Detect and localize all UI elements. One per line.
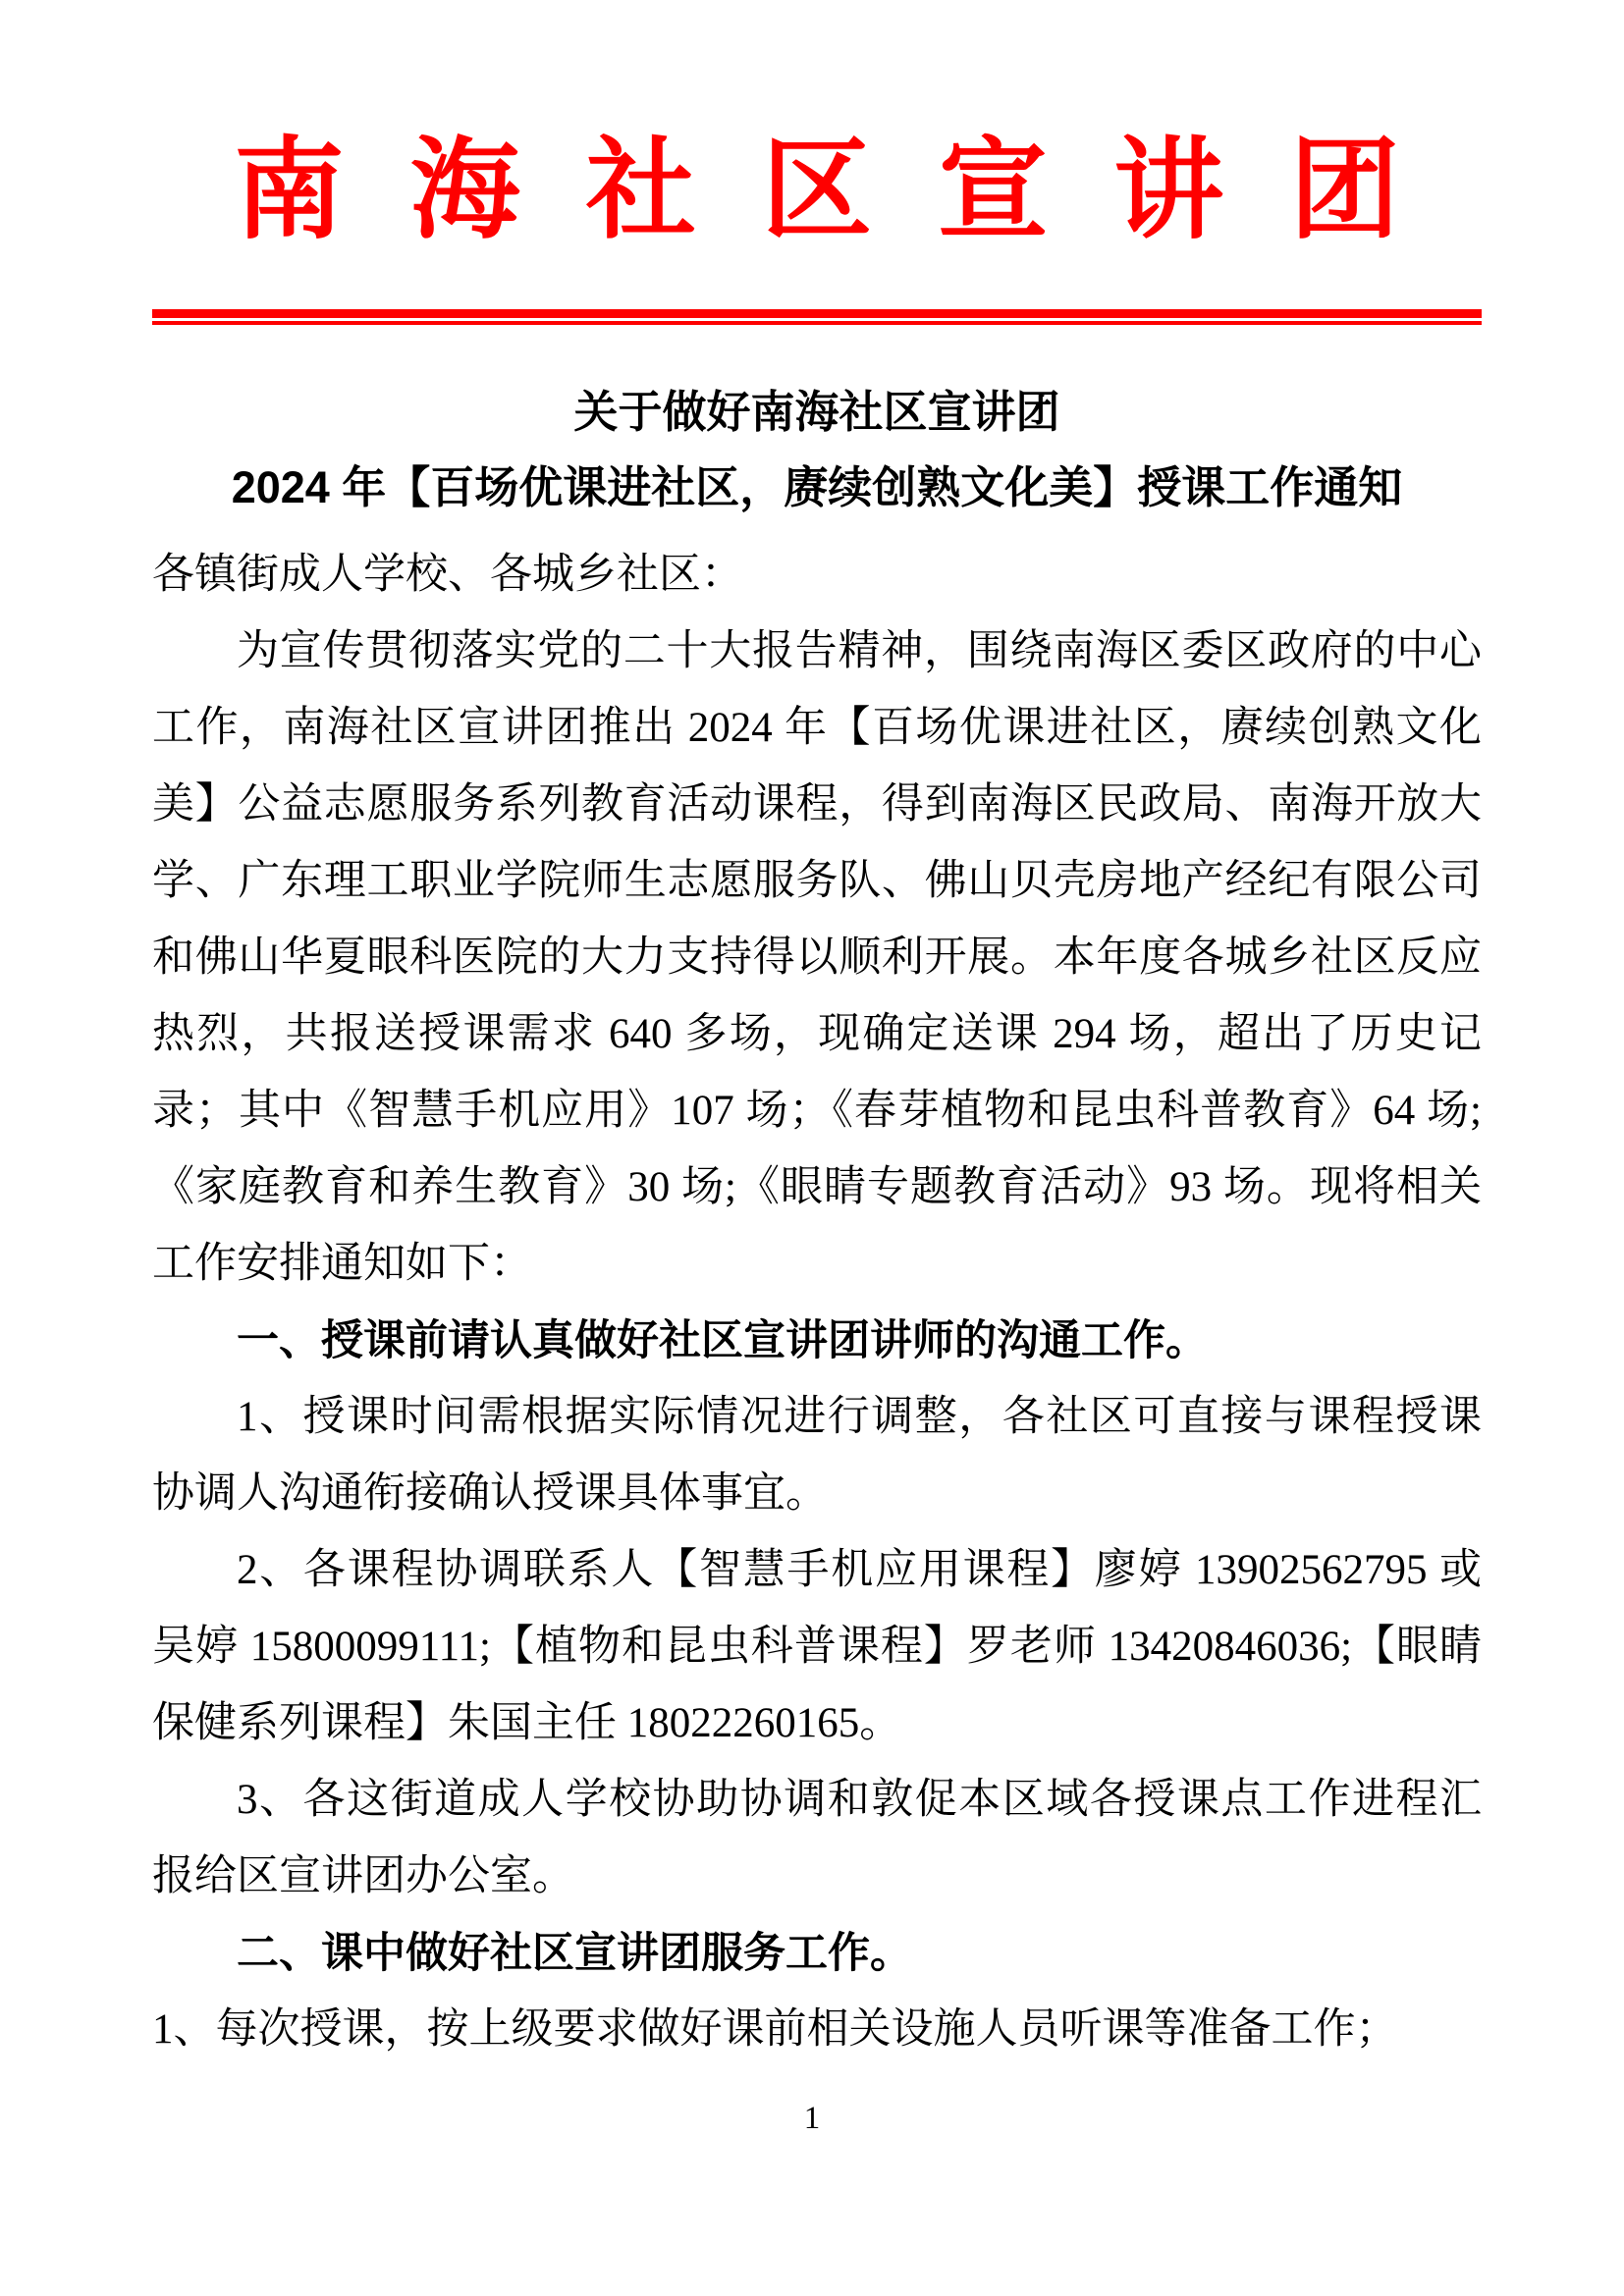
doc-title-line2: 2024 年【百场优课进社区，赓续创熟文化美】授课工作通知 [152, 450, 1482, 525]
paragraph: 1、授课时间需根据实际情况进行调整，各社区可直接与课程授课协调人沟通衔接确认授课… [152, 1379, 1482, 1532]
paragraph: 二、课中做好社区宣讲团服务工作。 [152, 1915, 1482, 1992]
paragraph-list: 为宣传贯彻落实党的二十大报告精神，围绕南海区委区政府的中心工作，南海社区宣讲团推… [152, 614, 1482, 2068]
doc-title-line1: 关于做好南海社区宣讲团 [152, 374, 1482, 450]
red-divider-thick-bar [152, 309, 1482, 318]
document-page: 南海社区宣讲团 关于做好南海社区宣讲团 2024 年【百场优课进社区，赓续创熟文… [0, 0, 1624, 2296]
salutation: 各镇街成人学校、各城乡社区： [152, 537, 1482, 614]
paragraph: 1、每次授课，按上级要求做好课前相关设施人员听课等准备工作； [152, 1992, 1482, 2068]
paragraph: 为宣传贯彻落实党的二十大报告精神，围绕南海区委区政府的中心工作，南海社区宣讲团推… [152, 614, 1482, 1303]
red-divider-thin-bar [152, 321, 1482, 325]
red-divider-line [152, 309, 1482, 325]
page-number: 1 [0, 2099, 1624, 2138]
paragraph: 一、授课前请认真做好社区宣讲团讲师的沟通工作。 [152, 1303, 1482, 1379]
letterhead-title: 南海社区宣讲团 [152, 0, 1482, 250]
paragraph: 3、各这街道成人学校协助协调和敦促本区域各授课点工作进程汇报给区宣讲团办公室。 [152, 1762, 1482, 1915]
paragraph: 2、各课程协调联系人【智慧手机应用课程】廖婷 13902562795 或吴婷 1… [152, 1532, 1482, 1762]
document-body: 各镇街成人学校、各城乡社区： 为宣传贯彻落实党的二十大报告精神，围绕南海区委区政… [152, 537, 1482, 2068]
